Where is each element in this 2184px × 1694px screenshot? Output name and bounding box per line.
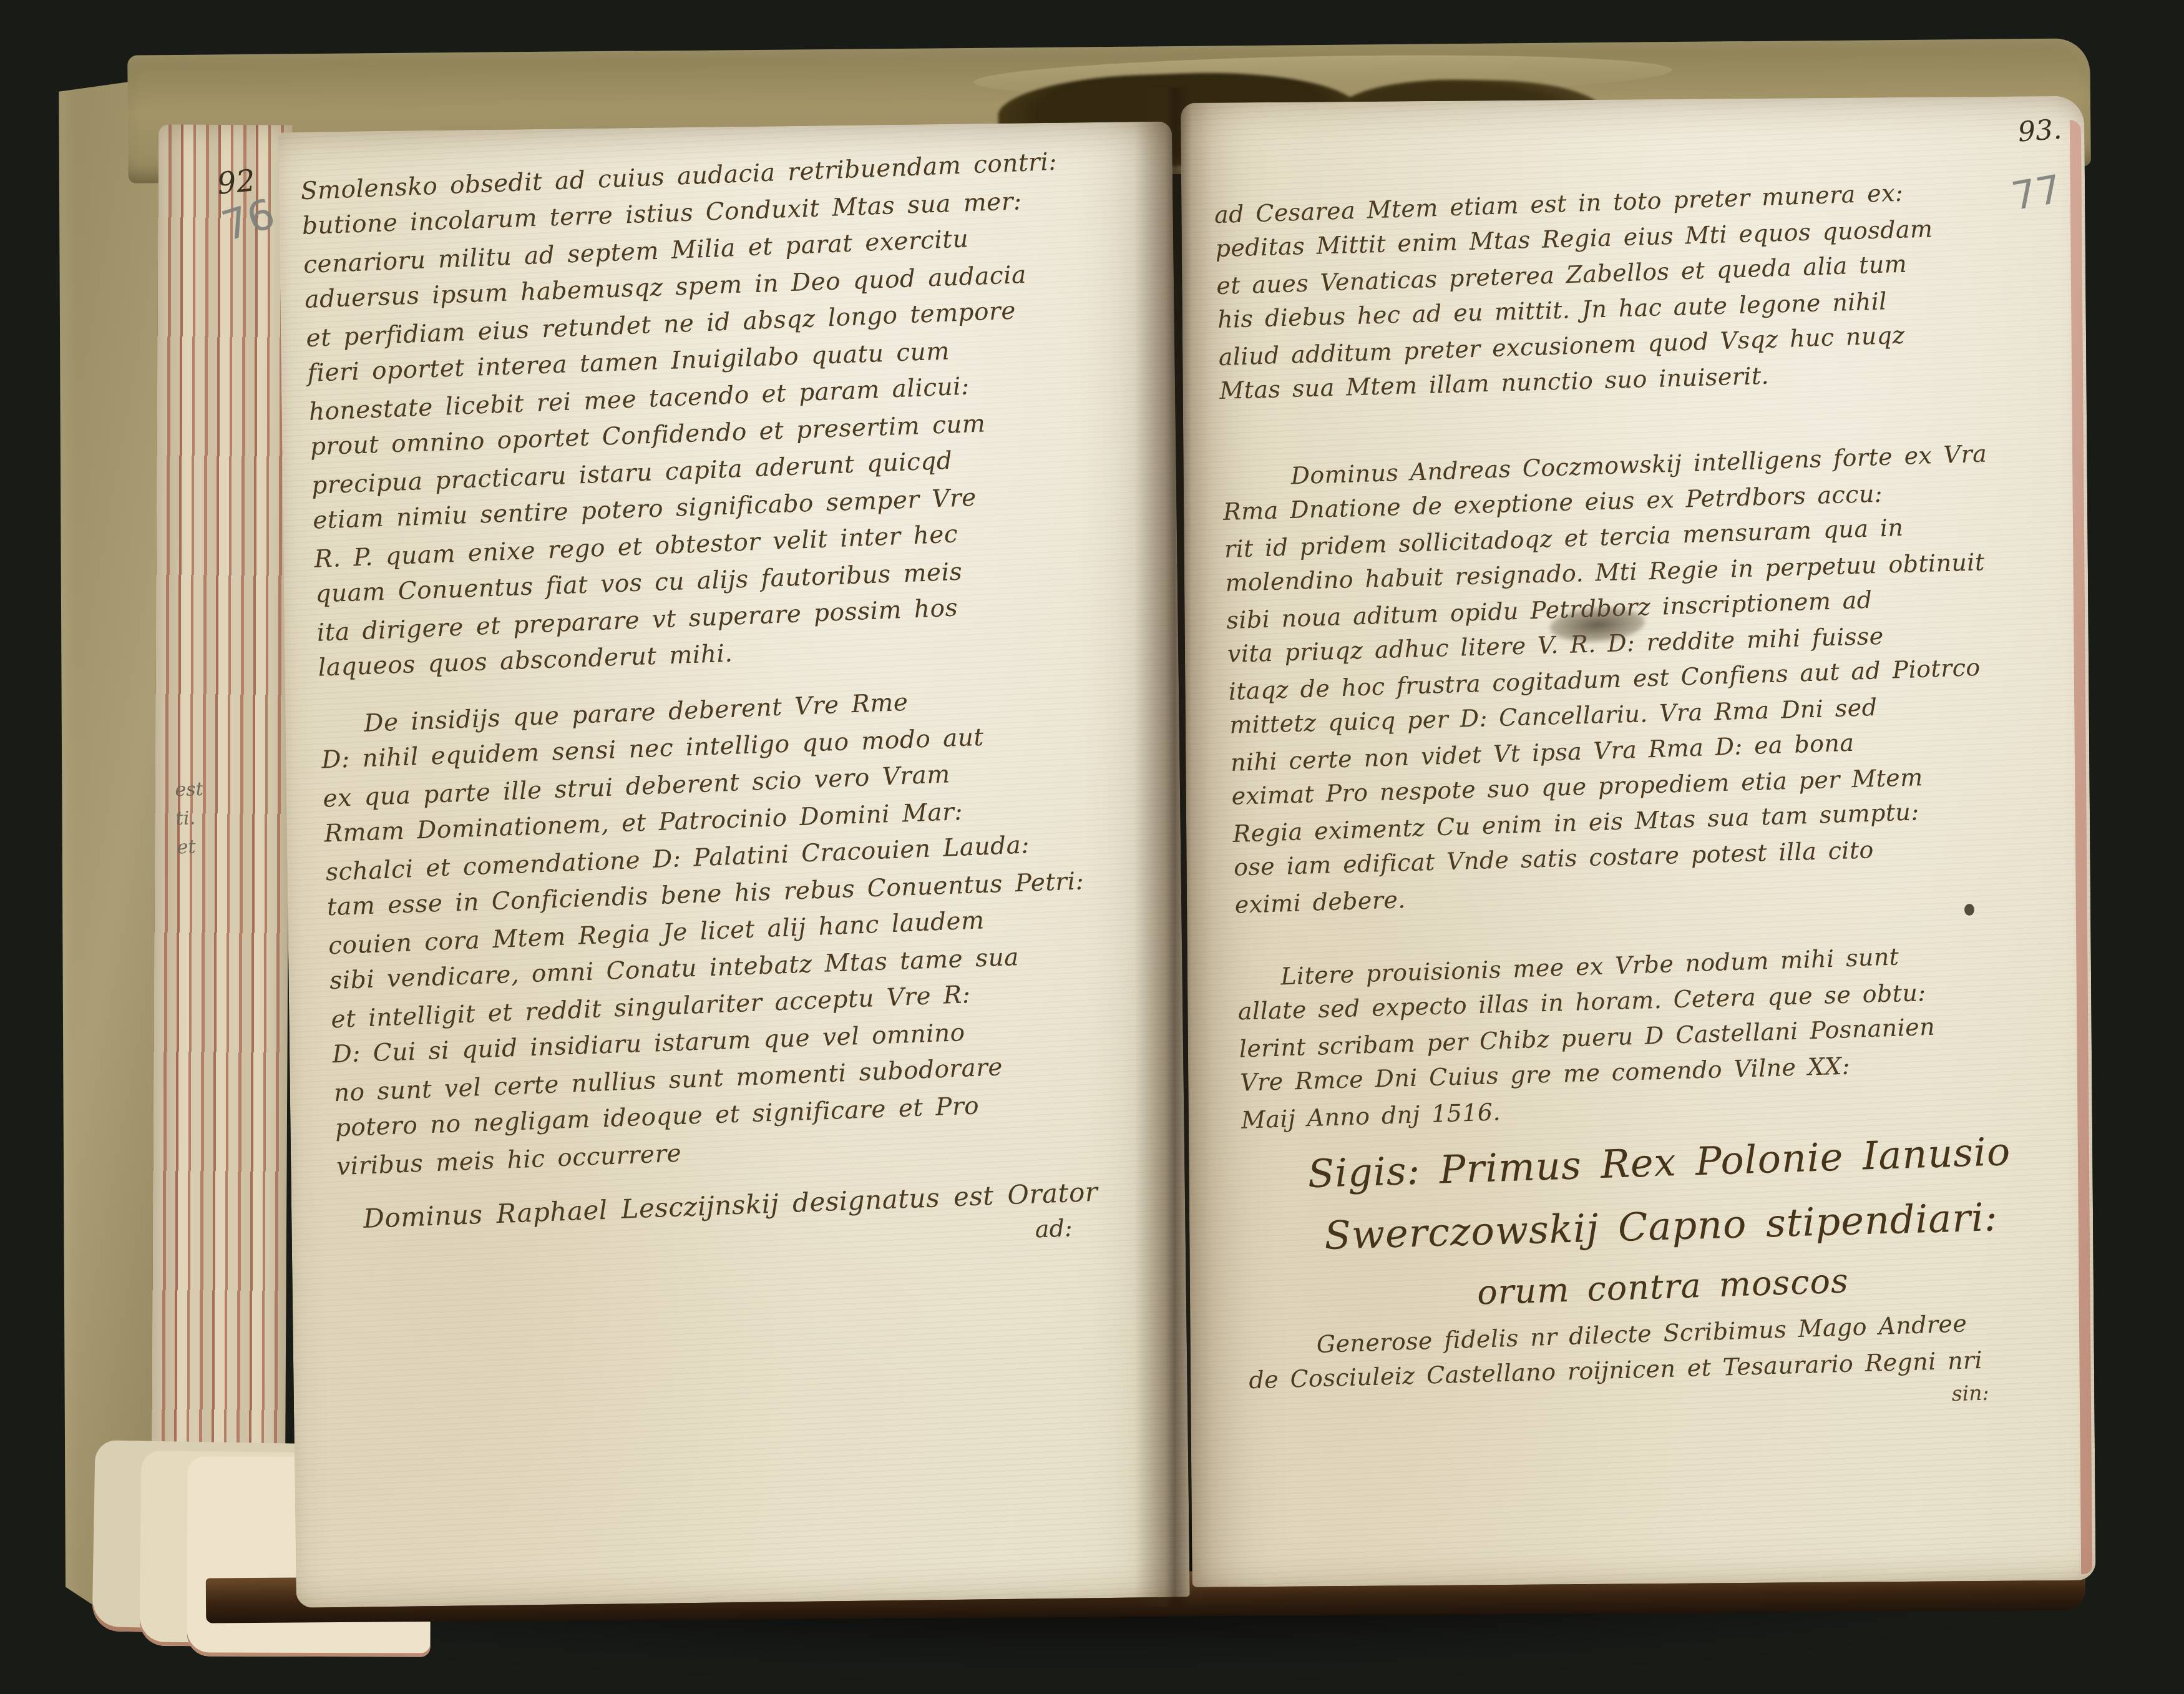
left-page-text: Smolensko obsedit ad cuius audacia retri… xyxy=(300,141,1179,1270)
manuscript-photo: Smolensko obsedit ad cuius audacia retri… xyxy=(0,0,2184,1694)
gutter-margin-note: estti.et xyxy=(175,775,228,863)
gutter-shadow xyxy=(1134,87,1212,1607)
right-paragraph-3: Litere prouisionis mee ex Vrbe nodum mih… xyxy=(1236,934,2074,1137)
left-paragraph-2: De insidijs que parare deberent Vre RmeD… xyxy=(319,675,1176,1185)
right-page-text: ad Cesarea Mtem etiam est in toto preter… xyxy=(1214,172,2083,1431)
manuscript-line: ti. xyxy=(175,803,226,834)
right-paragraph-1: ad Cesarea Mtem etiam est in toto preter… xyxy=(1214,172,2053,409)
right-paragraph-2: Dominus Andreas Coczmowskij intelligens … xyxy=(1222,435,2068,922)
page-edge-stack-left xyxy=(151,124,293,1622)
manuscript-line: et xyxy=(177,831,228,862)
right-page-number-ink: 93. xyxy=(2017,114,2062,149)
left-page: Smolensko obsedit ad cuius audacia retri… xyxy=(278,122,1190,1608)
manuscript-line: est xyxy=(175,775,226,805)
worm-hole xyxy=(1964,904,1974,916)
letter-heading: Sigis: Primus Rex Polonie IanusioSwerczo… xyxy=(1242,1119,2080,1328)
left-paragraph-1: Smolensko obsedit ad cuius audacia retri… xyxy=(300,141,1158,687)
right-page-number-pencil: 77 xyxy=(2008,166,2064,220)
right-page: ad Cesarea Mtem etiam est in toto preter… xyxy=(1181,96,2096,1587)
